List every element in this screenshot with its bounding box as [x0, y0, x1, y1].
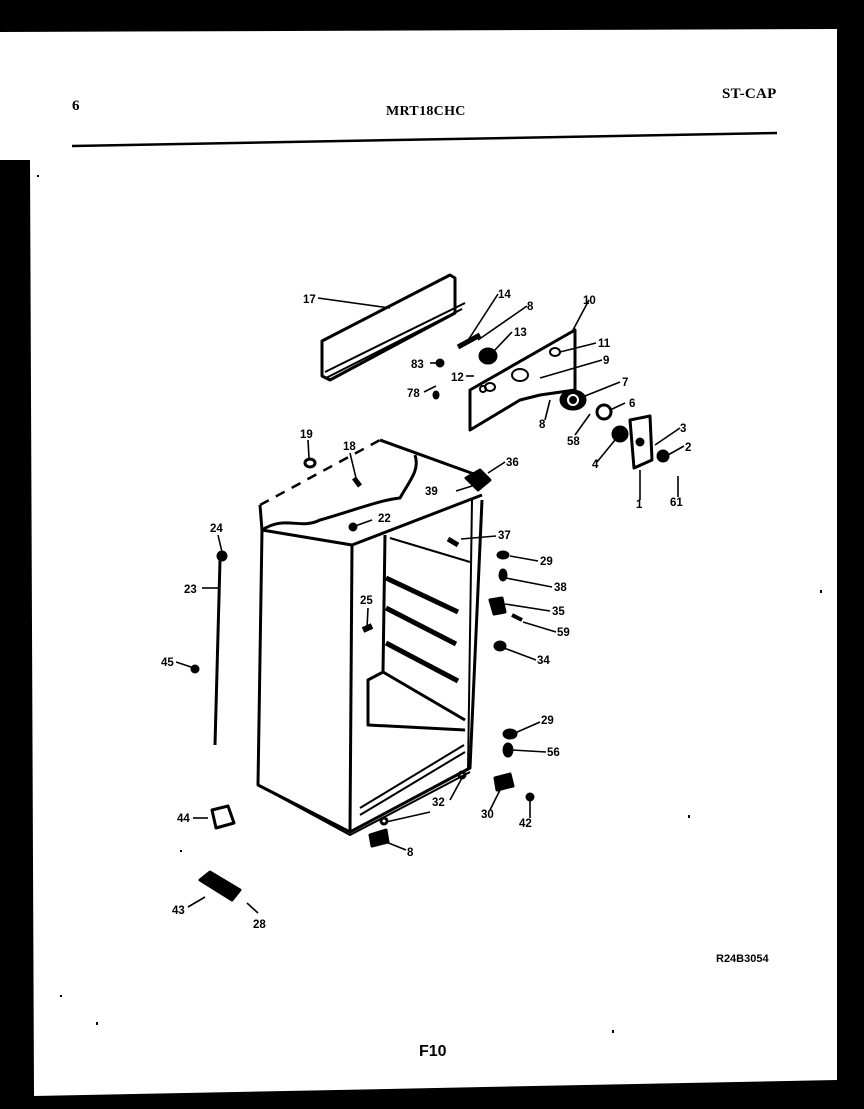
callout-45: 45: [161, 657, 174, 669]
callout-29-lower: 29: [541, 715, 554, 727]
callout-29: 29: [540, 556, 553, 568]
callout-78: 78: [407, 388, 420, 400]
callout-37: 37: [498, 530, 511, 542]
drawing-id: R24B3054: [716, 953, 769, 965]
callout-12: 12: [451, 372, 464, 384]
figure-label: F10: [419, 1043, 447, 1061]
callout-2: 2: [685, 442, 691, 454]
callout-9: 9: [603, 355, 609, 367]
callout-23: 23: [184, 584, 197, 596]
callout-7: 7: [622, 377, 628, 389]
callout-19: 19: [300, 429, 313, 441]
section-code: ST-CAP: [722, 86, 777, 103]
model-number: MRT18CHC: [386, 104, 466, 120]
callout-42: 42: [519, 818, 532, 830]
callout-22: 22: [378, 513, 391, 525]
callout-44: 44: [177, 813, 190, 825]
callout-11: 11: [598, 338, 611, 350]
callout-59: 59: [557, 627, 570, 639]
callout-38: 38: [554, 582, 567, 594]
callout-10: 10: [583, 295, 596, 307]
parts-diagram-page: 17 14 8 13 10 11 9 83 12 78 7 8 6 58 3 2…: [0, 0, 864, 1109]
callout-58: 58: [567, 436, 580, 448]
callout-32: 32: [432, 797, 445, 809]
diagram-canvas: 17 14 8 13 10 11 9 83 12 78 7 8 6 58 3 2…: [0, 0, 864, 1109]
callout-13: 13: [514, 327, 527, 339]
callout-83: 83: [411, 359, 424, 371]
callout-34: 34: [537, 655, 550, 667]
callout-4: 4: [592, 459, 599, 471]
paper-sheet: [0, 29, 837, 1096]
callout-28: 28: [253, 919, 266, 931]
callout-43: 43: [172, 905, 185, 917]
callout-17: 17: [303, 294, 316, 306]
callout-61: 61: [670, 497, 683, 509]
callout-35: 35: [552, 606, 565, 618]
callout-56: 56: [547, 747, 560, 759]
callout-14: 14: [498, 289, 511, 301]
callout-8: 8: [527, 301, 534, 313]
callout-6: 6: [629, 398, 635, 410]
callout-25: 25: [360, 595, 373, 607]
callout-30: 30: [481, 809, 494, 821]
callout-8-knob: 8: [539, 419, 546, 431]
callout-1: 1: [636, 499, 643, 511]
callout-8-bottom: 8: [407, 847, 414, 859]
callout-36: 36: [506, 457, 519, 469]
callout-24: 24: [210, 523, 223, 535]
callout-39: 39: [425, 486, 438, 498]
left-edge-shadow: [0, 160, 10, 1109]
callout-3: 3: [680, 423, 686, 435]
callout-18: 18: [343, 441, 356, 453]
page-number: 6: [72, 98, 80, 115]
